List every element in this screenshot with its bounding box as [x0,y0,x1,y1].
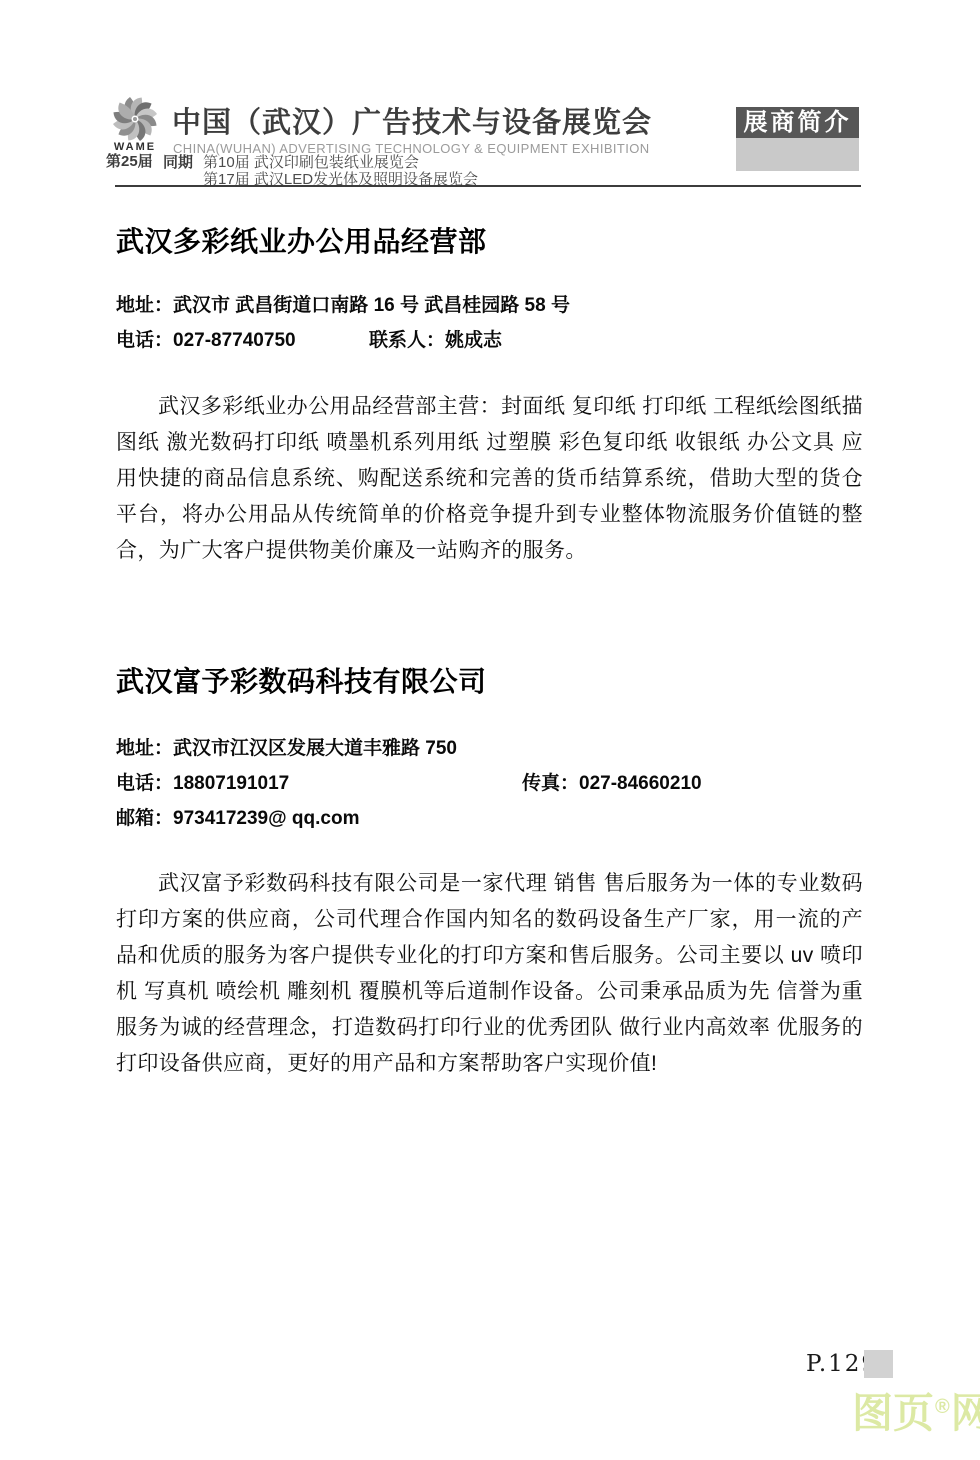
company2-email-row: 邮箱：973417239@ qq.com [116,803,863,830]
starburst-logo-icon [107,94,163,144]
phone-value: 18807191017 [173,773,289,794]
edition-number: 第25届 [106,150,153,171]
exhibitor-intro-badge: 展商简介 [736,107,859,138]
email-label: 邮箱： [116,808,173,829]
watermark-tuyewang: 图页®网 [852,1393,980,1434]
address-label: 地址： [116,738,173,759]
phone-value: 027-87740750 [173,330,296,351]
exhibition-logo: WAME [104,94,166,153]
company1-contact-pair: 联系人：姚成志 [369,325,502,352]
company2-fax-pair: 传真：027-84660210 [522,768,702,795]
header-separator-line [115,185,861,187]
company2-address-row: 地址：武汉市江汉区发展大道丰雅路 750 [116,733,863,760]
page-number-square [864,1350,893,1378]
catalog-page: WAME 第25届 中国（武汉）广告技术与设备展览会 CHINA(WUHAN) … [0,0,980,1460]
phone-label: 电话： [116,773,173,794]
company2-phone-row: 电话：18807191017 传真：027-84660210 [116,768,863,795]
phone-label: 电话： [116,330,173,351]
watermark-prefix: 图页 [852,1390,934,1436]
company1-name: 武汉多彩纸业办公用品经营部 [116,220,487,260]
concurrent-label: 同期 [163,151,193,172]
fax-value: 027-84660210 [579,773,702,794]
page-title: 中国（武汉）广告技术与设备展览会 [172,100,652,141]
company2-description: 武汉富予彩数码科技有限公司是一家代理 销售 售后服务为一体的专业数码打印方案的供… [116,866,863,1082]
contact-label: 联系人： [369,330,445,351]
email-value: 973417239@ qq.com [173,808,359,829]
company1-description: 武汉多彩纸业办公用品经营部主营：封面纸 复印纸 打印纸 工程纸绘图纸描图纸 激光… [116,389,863,569]
watermark-suffix: 网 [951,1390,980,1436]
fax-label: 传真： [522,773,579,794]
company2-name: 武汉富予彩数码科技有限公司 [116,660,487,700]
address-value: 武汉市江汉区发展大道丰雅路 750 [173,738,457,759]
address-label: 地址： [116,295,173,316]
company1-phone-row: 电话：027-87740750 联系人：姚成志 [116,325,863,352]
company1-address-row: 地址：武汉市 武昌街道口南路 16 号 武昌桂园路 58 号 [116,290,863,317]
contact-value: 姚成志 [445,330,502,351]
badge-gray-panel [736,138,859,171]
address-value: 武汉市 武昌街道口南路 16 号 武昌桂园路 58 号 [173,295,570,316]
registered-mark-icon: ® [935,1396,950,1418]
